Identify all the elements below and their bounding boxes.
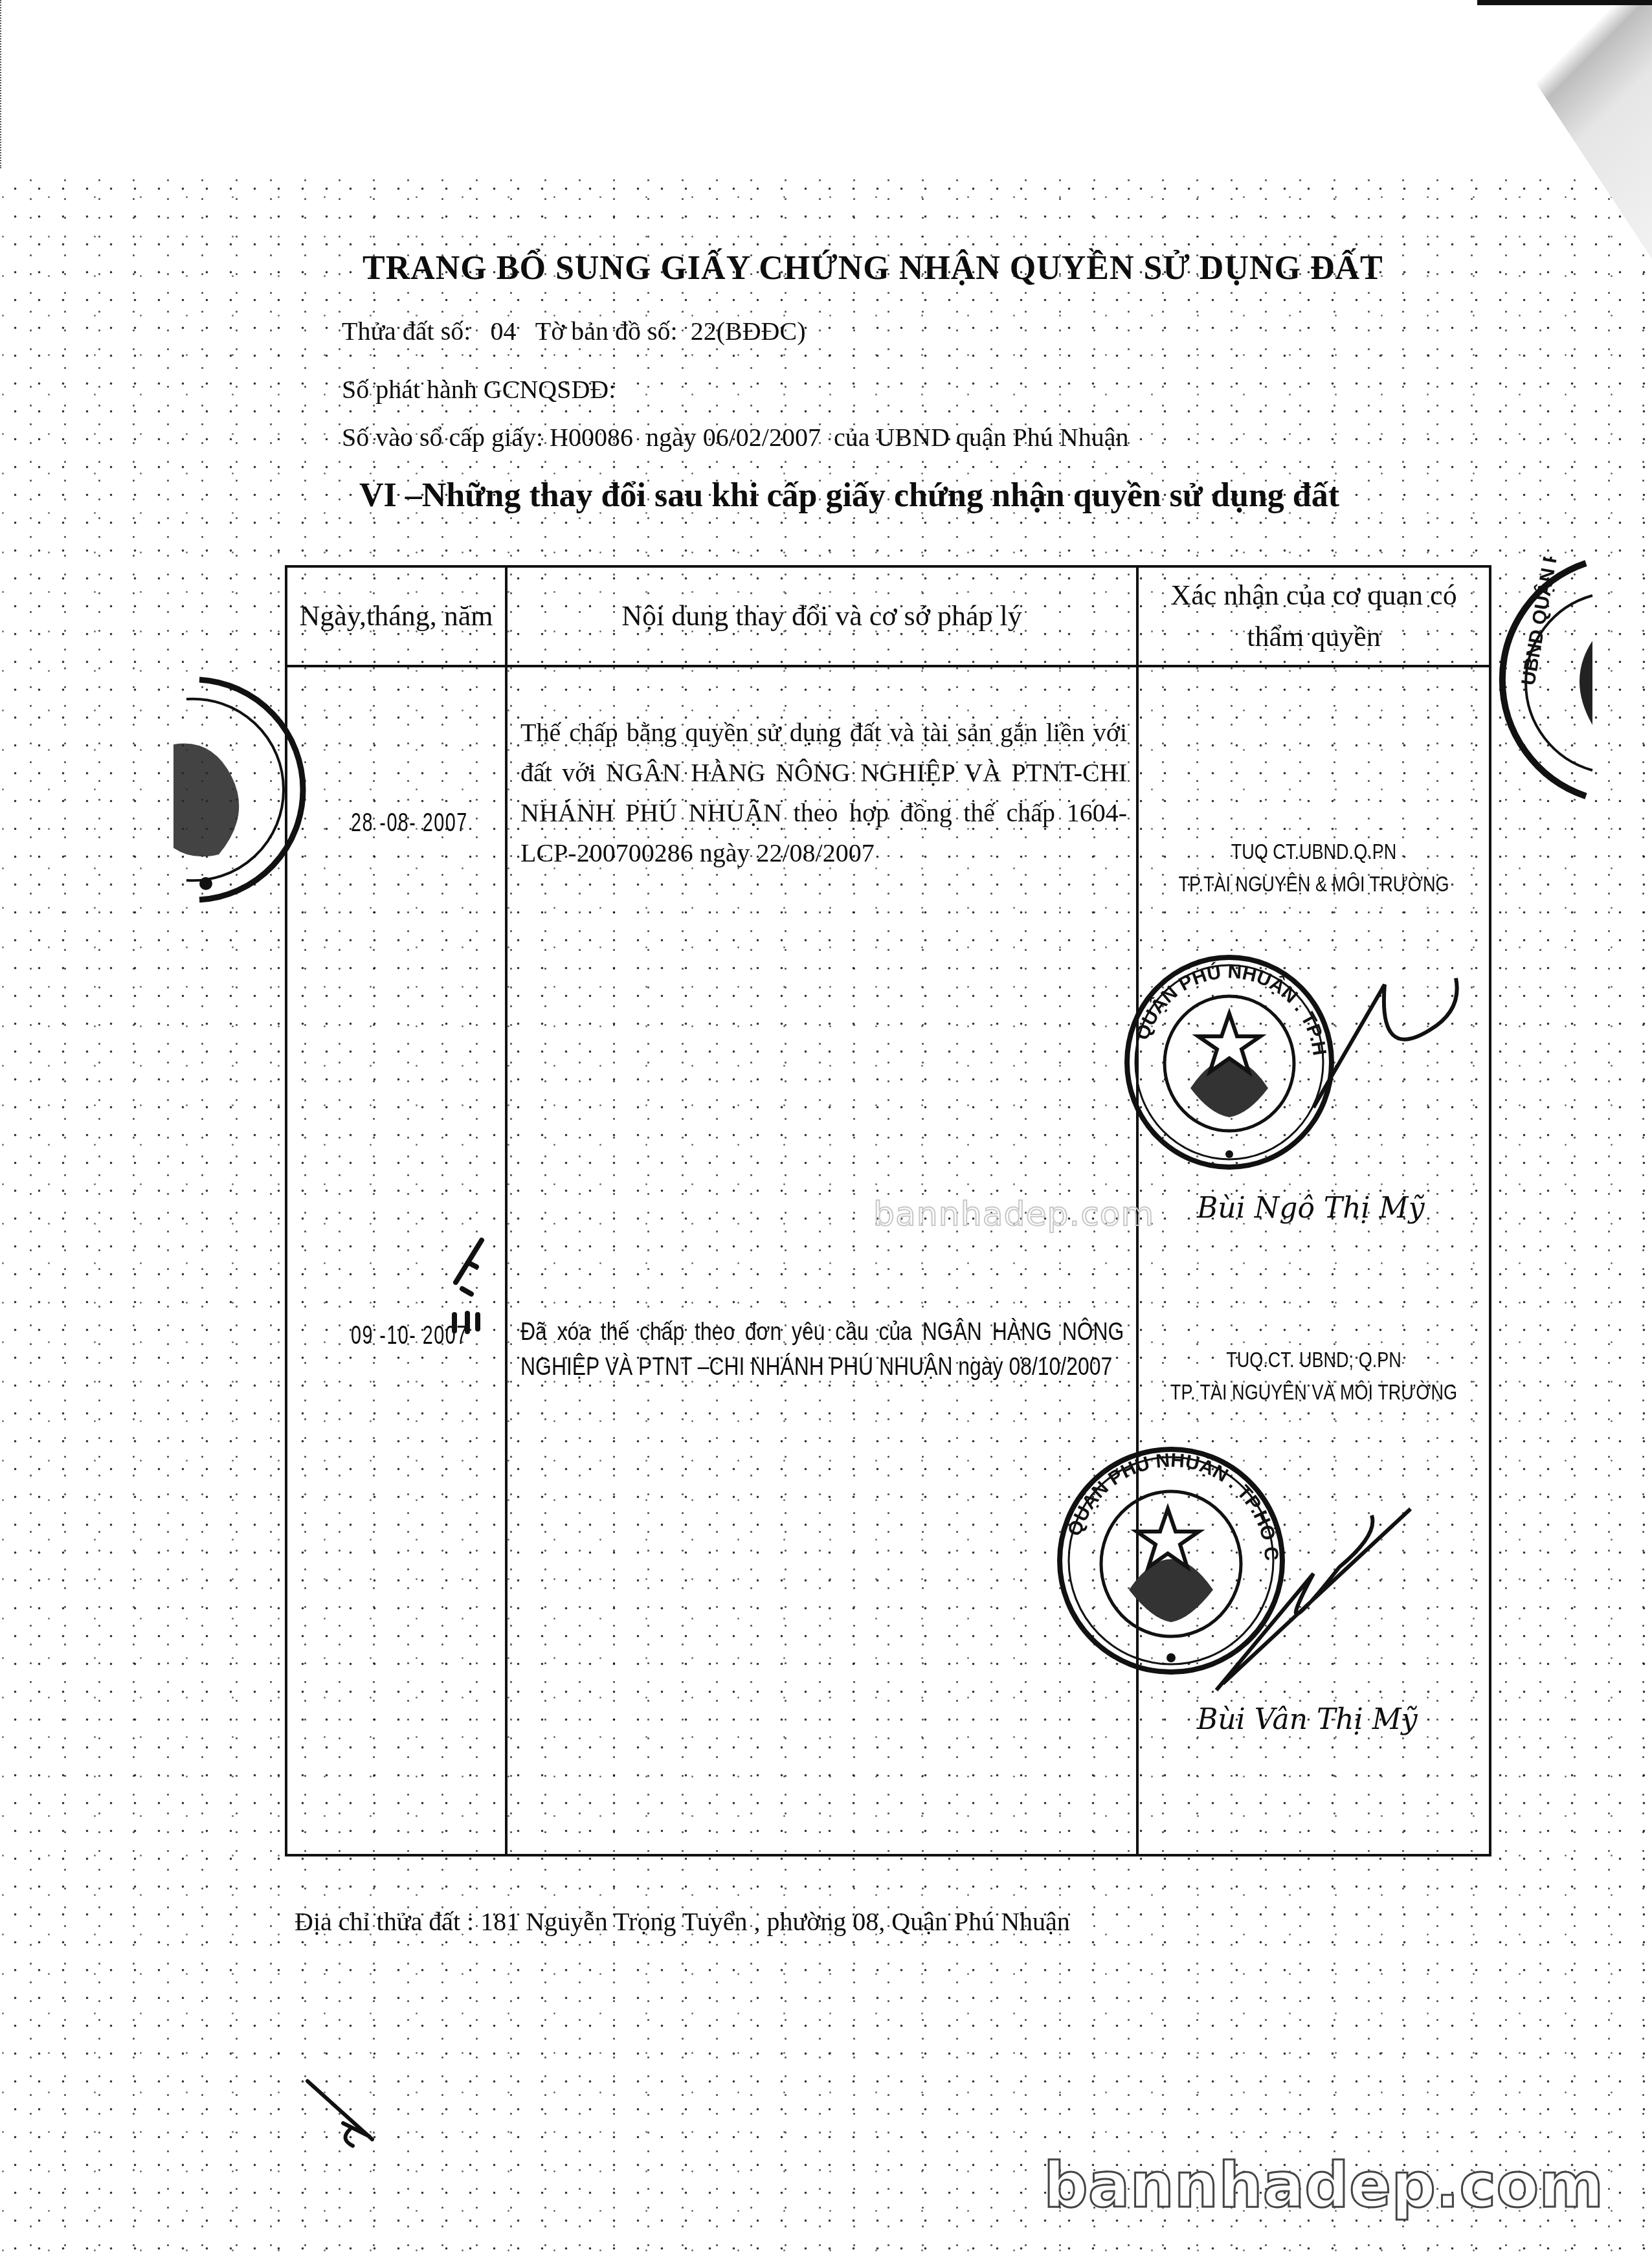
signature-stroke-icon [1307, 959, 1475, 1117]
scanned-page: TRANG BỔ SUNG GIẤY CHỨNG NHẬN QUYỀN SỬ D… [0, 0, 1652, 2263]
address-value: 181 Nguyễn Trọng Tuyển , phường 08, Quận… [480, 1907, 1070, 1936]
address-label: Địa chỉ thửa đất : [295, 1907, 474, 1936]
section-title: VI –Những thay đổi sau khi cấp giấy chứn… [359, 476, 1339, 515]
registry-label: Số vào sổ cấp giấy: [342, 423, 543, 452]
changes-table: Ngày,tháng, năm Nội dung thay đổi và cơ … [285, 565, 1491, 1856]
watermark-logo: bannhadep.com [1044, 2149, 1603, 2222]
map-sheet-label: Tờ bản đồ số: [535, 317, 678, 346]
content-cell: Thế chấp bằng quyền sử dụng đất và tài s… [506, 666, 1137, 1855]
stamp-fragment-icon [443, 1237, 488, 1337]
registry-line: Số vào sổ cấp giấy: H00086 ngày 06/02/20… [342, 422, 1128, 452]
authority-title: TUQ.CT. UBND; Q.PN TP. TÀI NGUYÊN VÀ MÔI… [1170, 1344, 1458, 1409]
page-top-margin [0, 0, 1652, 172]
table-header-row: Ngày,tháng, năm Nội dung thay đổi và cơ … [286, 566, 1490, 666]
issue-number-label: Số phát hành GCNQSDĐ: [342, 374, 616, 405]
registry-issuer: của UBND quận Phú Nhuận [834, 423, 1129, 452]
authority-line-2: TP.TÀI NGUYÊN & MÔI TRƯỜNG [1170, 868, 1458, 900]
parcel-address: Địa chỉ thửa đất : 181 Nguyễn Trọng Tuyể… [295, 1906, 1070, 1937]
registry-number: H00086 [550, 423, 633, 452]
scan-border [1477, 0, 1652, 5]
seal-icon: UBND QUẬN PH [1495, 557, 1625, 803]
row-content: Thế chấp bằng quyền sử dụng đất và tài s… [520, 713, 1127, 873]
watermark-text: bannhadep.com [873, 1195, 1154, 1234]
document-title: TRANG BỔ SUNG GIẤY CHỨNG NHẬN QUYỀN SỬ D… [363, 249, 1431, 287]
signature-stroke-icon [1210, 1489, 1417, 1700]
parcel-no-label: Thửa đất số: [342, 317, 471, 346]
pen-mark-icon [304, 2078, 382, 2152]
authority-line-1: TUQ.CT. UBND; Q.PN [1170, 1344, 1458, 1376]
header-authority: Xác nhận của cơ quan có thẩm quyền [1137, 566, 1490, 666]
parcel-line: Thửa đất số: 04 Tờ bản đồ số: 22(BĐĐC) [342, 316, 806, 346]
authority-line-1: TUQ CT.UBND.Q.PN [1170, 836, 1458, 868]
row-date: 28 -08- 2007 [351, 808, 468, 838]
svg-text:UBND QUẬN PH: UBND QUẬN PH [1517, 557, 1565, 687]
map-sheet: 22(BĐĐC) [691, 317, 806, 346]
signature: Bùi Ngô Thị Mỹ [1197, 1192, 1425, 1225]
registry-date-label: ngày [646, 423, 697, 452]
parcel-no: 04 [490, 317, 516, 346]
authority-title: TUQ CT.UBND.Q.PN TP.TÀI NGUYÊN & MÔI TRƯ… [1170, 836, 1458, 900]
date-cell: 28 -08- 2007 09 -10- 2007 [286, 666, 506, 1855]
row-content: Đã xóa thế chấp theo đơn yêu cầu của NGÂ… [520, 1315, 1124, 1385]
header-date: Ngày,tháng, năm [286, 566, 506, 666]
authority-cell: TUQ CT.UBND.Q.PN TP.TÀI NGUYÊN & MÔI TRƯ… [1137, 666, 1490, 1855]
signature: Bùi Vân Thị Mỹ [1197, 1703, 1418, 1736]
authority-line-2: TP. TÀI NGUYÊN VÀ MÔI TRƯỜNG [1170, 1376, 1458, 1409]
header-content: Nội dung thay đổi và cơ sở pháp lý [506, 566, 1137, 666]
table-row: 28 -08- 2007 09 -10- 2007 Thế chấp bằng … [286, 666, 1490, 1855]
scan-left-edge [0, 0, 5, 168]
registry-date: 06/02/2007 [703, 423, 821, 452]
